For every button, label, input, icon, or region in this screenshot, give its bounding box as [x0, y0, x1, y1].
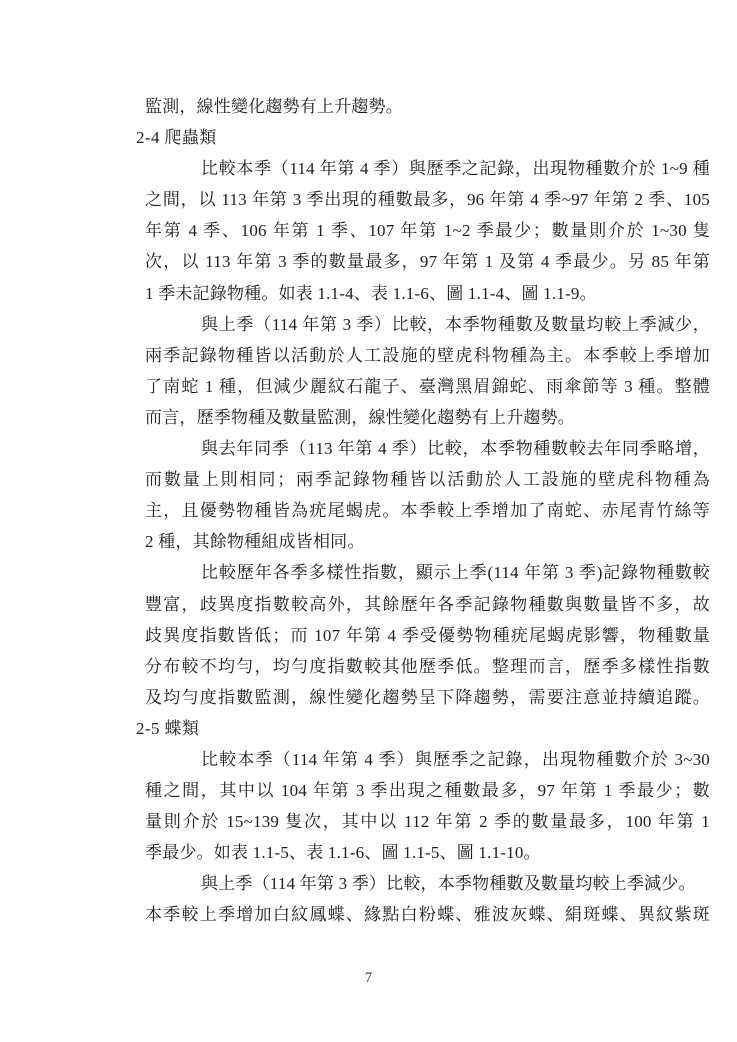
text-line: 及均勻度指數監測，線性變化趨勢呈下降趨勢，需要注意並持續追蹤。 [145, 682, 710, 713]
text-line: 年第 4 季、106 年第 1 季、107 年第 1~2 季最少；數量則介於 1… [145, 215, 710, 246]
text-line: 1 季未記錄物種。如表 1.1-4、表 1.1-6、圖 1.1-4、圖 1.1-… [145, 278, 710, 309]
text-line: 次，以 113 年第 3 季的數量最多，97 年第 1 及第 4 季最少。另 8… [145, 246, 710, 277]
text-line: 季最少。如表 1.1-5、表 1.1-6、圖 1.1-5、圖 1.1-10。 [145, 837, 710, 868]
text-line: 與上季（114 年第 3 季）比較，本季物種數及數量均較上季減少。 [145, 868, 710, 899]
text-line: 而數量上則相同；兩季記錄物種皆以活動於人工設施的壁虎科物種為 [145, 464, 710, 495]
heading-2-4: 2-4 爬蟲類 [136, 122, 710, 153]
text-line: 比較本季（114 年第 4 季）與歷季之記錄，出現物種數介於 1~9 種 [145, 153, 710, 184]
text-line: 與去年同季（113 年第 4 季）比較，本季物種數較去年同季略增， [145, 433, 710, 464]
page-number: 7 [0, 970, 737, 987]
heading-2-5: 2-5 蝶類 [136, 713, 710, 744]
text-line: 豐富，歧異度指數較高外，其餘歷年各季記錄物種數與數量皆不多，故 [145, 589, 710, 620]
text-line: 主，且優勢物種皆為疣尾蝎虎。本季較上季增加了南蛇、赤尾青竹絲等 [145, 495, 710, 526]
text-line: 歧異度指數皆低；而 107 年第 4 季受優勢物種疣尾蝎虎影響，物種數量 [145, 620, 710, 651]
text-line: 之間，以 113 年第 3 季出現的種數最多，96 年第 4 季~97 年第 2… [145, 184, 710, 215]
text-line: 監測，線性變化趨勢有上升趨勢。 [145, 91, 710, 122]
text-line: 量則介於 15~139 隻次，其中以 112 年第 2 季的數量最多，100 年… [145, 806, 710, 837]
text-line: 比較歷年各季多樣性指數，顯示上季(114 年第 3 季)記錄物種數較 [145, 557, 710, 588]
text-line: 本季較上季增加白紋鳳蝶、緣點白粉蝶、雅波灰蝶、絹斑蝶、異紋紫斑 [145, 899, 710, 930]
text-line: 分布較不均勻，均勻度指數較其他歷季低。整理而言，歷季多樣性指數 [145, 651, 710, 682]
document-page: 監測，線性變化趨勢有上升趨勢。 2-4 爬蟲類 比較本季（114 年第 4 季）… [0, 0, 737, 1042]
text-block: 監測，線性變化趨勢有上升趨勢。 2-4 爬蟲類 比較本季（114 年第 4 季）… [145, 91, 710, 931]
text-line: 2 種，其餘物種組成皆相同。 [145, 526, 710, 557]
text-line: 而言，歷季物種及數量監測，線性變化趨勢有上升趨勢。 [145, 402, 710, 433]
text-line: 比較本季（114 年第 4 季）與歷季之記錄，出現物種數介於 3~30 [145, 744, 710, 775]
text-line: 了南蛇 1 種，但減少麗紋石龍子、臺灣黑眉錦蛇、雨傘節等 3 種。整體 [145, 371, 710, 402]
text-line: 兩季記錄物種皆以活動於人工設施的壁虎科物種為主。本季較上季增加 [145, 340, 710, 371]
text-line: 與上季（114 年第 3 季）比較，本季物種數及數量均較上季減少， [145, 309, 710, 340]
text-line: 種之間，其中以 104 年第 3 季出現之種數最多，97 年第 1 季最少；數 [145, 775, 710, 806]
